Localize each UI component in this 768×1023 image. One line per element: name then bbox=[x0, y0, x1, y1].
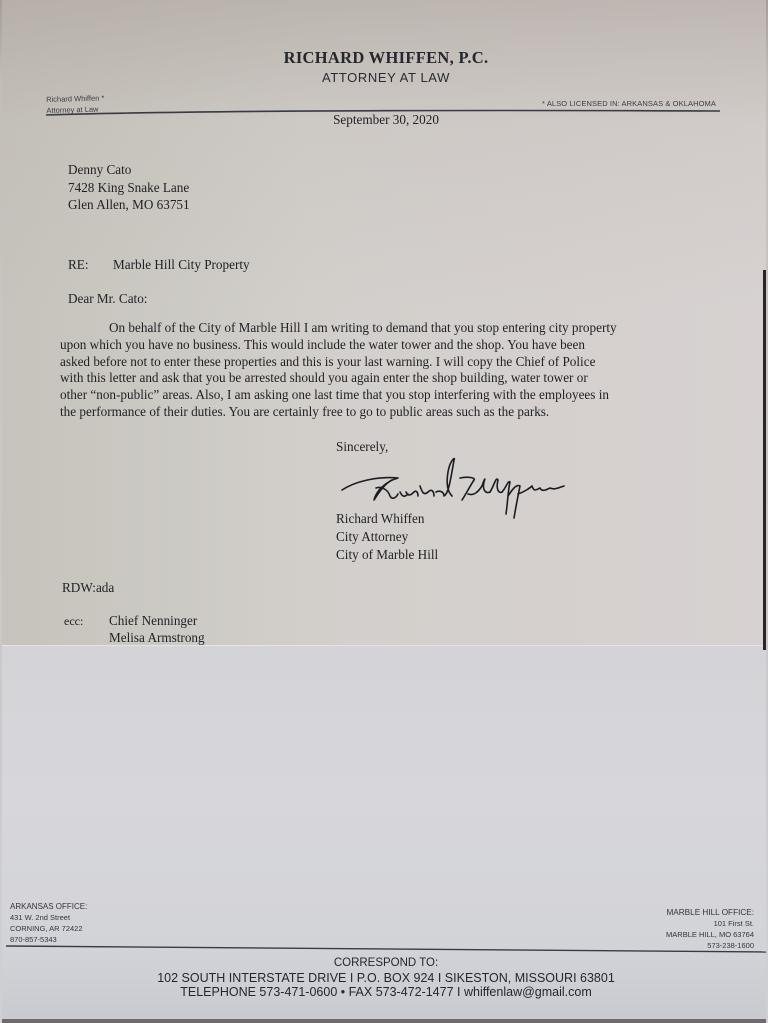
firm-name: RICHARD WHIFFEN, P.C. bbox=[2, 48, 768, 68]
background-strip bbox=[2, 1019, 766, 1023]
closing: Sincerely, bbox=[336, 439, 388, 455]
salutation: Dear Mr. Cato: bbox=[68, 291, 147, 307]
ecc-recipient: Melisa Armstrong bbox=[109, 629, 205, 646]
signer-organization: City of Marble Hill bbox=[336, 546, 438, 564]
body-line: asked before not to enter these properti… bbox=[60, 354, 720, 371]
letter-page: RICHARD WHIFFEN, P.C. ATTORNEY AT LAW Ri… bbox=[2, 0, 766, 1023]
letter-date: September 30, 2020 bbox=[2, 112, 768, 128]
re-label: RE: bbox=[68, 257, 89, 273]
signature-block: Richard Whiffen City Attorney City of Ma… bbox=[336, 510, 438, 564]
footer-divider bbox=[6, 944, 766, 954]
correspond-address: 102 SOUTH INTERSTATE DRIVE I P.O. BOX 92… bbox=[2, 971, 768, 986]
arkansas-office-street: 431 W. 2nd Street bbox=[10, 912, 87, 923]
marble-hill-office-street: 101 First St. bbox=[666, 918, 754, 929]
ecc-recipients: Chief Nenninger Melisa Armstrong bbox=[109, 612, 205, 646]
signer-title: City Attorney bbox=[336, 528, 438, 546]
letter-body: On behalf of the City of Marble Hill I a… bbox=[60, 320, 720, 421]
signer-name: Richard Whiffen bbox=[336, 510, 438, 528]
recipient-street: 7428 King Snake Lane bbox=[68, 179, 190, 197]
arkansas-office-label: ARKANSAS OFFICE: bbox=[10, 901, 87, 912]
typist-initials: RDW:ada bbox=[62, 580, 114, 596]
re-subject: Marble Hill City Property bbox=[113, 257, 250, 273]
body-line: other “non-public” areas. Also, I am ask… bbox=[60, 387, 720, 404]
correspond-label: CORRESPOND TO: bbox=[2, 956, 768, 971]
body-line: with this letter and ask that you be arr… bbox=[60, 370, 720, 387]
background-edge bbox=[763, 270, 766, 650]
recipient-name: Denny Cato bbox=[68, 161, 190, 179]
body-line: upon which you have no business. This wo… bbox=[60, 337, 720, 354]
correspond-contact: TELEPHONE 573-471-0600 • FAX 573-472-147… bbox=[2, 985, 768, 1000]
correspondence-block: CORRESPOND TO: 102 SOUTH INTERSTATE DRIV… bbox=[2, 956, 768, 1000]
ecc-recipient: Chief Nenninger bbox=[109, 612, 205, 629]
recipient-address: Denny Cato 7428 King Snake Lane Glen All… bbox=[68, 161, 190, 214]
body-line: On behalf of the City of Marble Hill I a… bbox=[60, 320, 720, 337]
recipient-city: Glen Allen, MO 63751 bbox=[68, 196, 190, 214]
marble-hill-office-label: MARBLE HILL OFFICE: bbox=[666, 907, 754, 918]
arkansas-office: ARKANSAS OFFICE: 431 W. 2nd Street CORNI… bbox=[10, 901, 87, 945]
body-line: the performance of their duties. You are… bbox=[60, 404, 720, 421]
arkansas-office-city: CORNING, AR 72422 bbox=[10, 923, 87, 934]
marble-hill-office-city: MARBLE HILL, MO 63764 bbox=[666, 929, 754, 940]
ecc-label: ecc: bbox=[64, 614, 83, 629]
letterhead-license-note: * ALSO LICENSED IN: ARKANSAS & OKLAHOMA bbox=[542, 99, 716, 108]
firm-subtitle: ATTORNEY AT LAW bbox=[2, 70, 768, 85]
